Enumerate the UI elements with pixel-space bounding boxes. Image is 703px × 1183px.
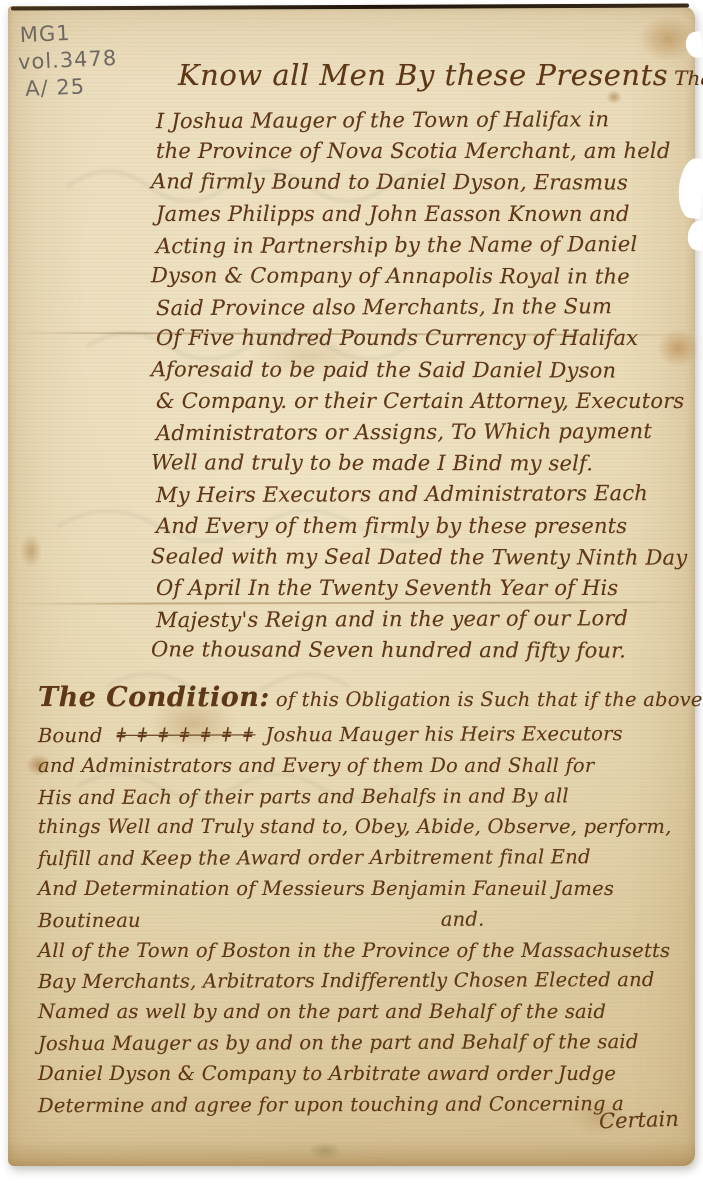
condition-clause-text: The Condition:of this Obligation is Such… [38,678,703,1120]
manuscript-line: James Philipps and John Easson Known and [156,199,692,230]
manuscript-line: things Well and Truly stand to, Obey, Ab… [38,812,703,843]
interlinear-insertion: and. [441,907,485,930]
manuscript-line: Sealed with my Seal Dated the Twenty Nin… [151,541,687,574]
manuscript-line: and Administrators and Every of them Do … [38,751,703,782]
manuscript-line-with-insertion: Boutineauand. [38,904,703,937]
paper-stain [606,90,622,104]
paper-stain [308,1142,342,1160]
manuscript-line: All of the Town of Boston in the Provinc… [38,936,703,967]
manuscript-line: Daniel Dyson & Company to Arbitrate awar… [38,1059,703,1090]
catchword: Certain [599,1107,680,1134]
strikeout-marks: ǂ ǂ ǂ ǂ ǂ ǂ ǂ [117,723,256,746]
manuscript-line: Named as well by and on the part and Beh… [38,997,703,1028]
manuscript-line: Bay Merchants, Arbitrators Indifferently… [38,965,703,998]
manuscript-line: And Determination of Messieurs Benjamin … [38,874,703,905]
manuscript-line-with-strikeout: Boundǂ ǂ ǂ ǂ ǂ ǂ ǂJoshua Mauger his Heir… [38,719,703,752]
condition-heading-line: The Condition:of this Obligation is Such… [38,678,703,720]
opening-invocation: Know all Men By these PresentsThat [178,58,703,92]
edge-discoloration [8,1140,695,1166]
manuscript-line: & Company. or their Certain Attorney, Ex… [156,386,692,417]
opening-tail-word: That [674,66,703,90]
manuscript-line: I Joshua Mauger of the Town of Halifax i… [156,104,692,138]
manuscript-line: And Every of them firmly by these presen… [156,511,692,542]
manuscript-line: Of Five hundred Pounds Currency of Halif… [156,323,692,354]
manuscript-line: My Heirs Executors and Administrators Ea… [156,478,692,512]
manuscript-line: the Province of Nova Scotia Merchant, am… [156,136,692,167]
annotation-line: A/ 25 [25,72,119,103]
bound-word: Bound [38,724,103,747]
manuscript-line: fulfill and Keep the Award order Arbitre… [38,842,703,875]
manuscript-line: And firmly Bound to Daniel Dyson, Erasmu… [151,167,687,200]
manuscript-line: Dyson & Company of Annapolis Royal in th… [151,260,687,293]
condition-heading: The Condition: [38,682,270,713]
paper-stain [20,534,42,568]
boutineau-word: Boutineau [38,909,141,932]
manuscript-line: Aforesaid to be paid the Said Daniel Dys… [151,354,687,387]
opening-large-script: Know all Men By these Presents [178,58,668,92]
bound-rest: Joshua Mauger his Heirs Executors [265,722,622,746]
annotation-line: MG1 [19,18,116,49]
condition-heading-rest: of this Obligation is Such that if the a… [276,688,703,711]
paper-stain [638,16,698,62]
manuscript-line: One thousand Seven hundred and fifty fou… [151,635,687,668]
manuscript-line: His and Each of their parts and Behalfs … [38,780,703,813]
manuscript-line: Acting in Partnership by the Name of Dan… [156,229,692,263]
torn-edge-notch [684,31,703,59]
manuscript-line: Of April In the Twenty Seventh Year of H… [156,573,692,604]
scanned-manuscript: MG1 vol.3478 A/ 25 Know all Men By these… [0,0,703,1183]
manuscript-line: Said Province also Merchants, In the Sum [156,291,692,325]
manuscript-line: Administrators or Assigns, To Which paym… [156,416,692,450]
manuscript-line: Well and truly to be made I Bind my self… [151,448,687,481]
manuscript-line: Joshua Mauger as by and on the part and … [38,1027,703,1060]
bond-clause-text: I Joshua Mauger of the Town of Halifax i… [156,105,692,667]
archival-annotation: MG1 vol.3478 A/ 25 [19,18,119,103]
page-top-binding-edge [11,4,689,11]
manuscript-line: Majesty's Reign and in the year of our L… [156,603,692,637]
annotation-line: vol.3478 [17,45,117,76]
manuscript-page: MG1 vol.3478 A/ 25 Know all Men By these… [8,6,695,1166]
